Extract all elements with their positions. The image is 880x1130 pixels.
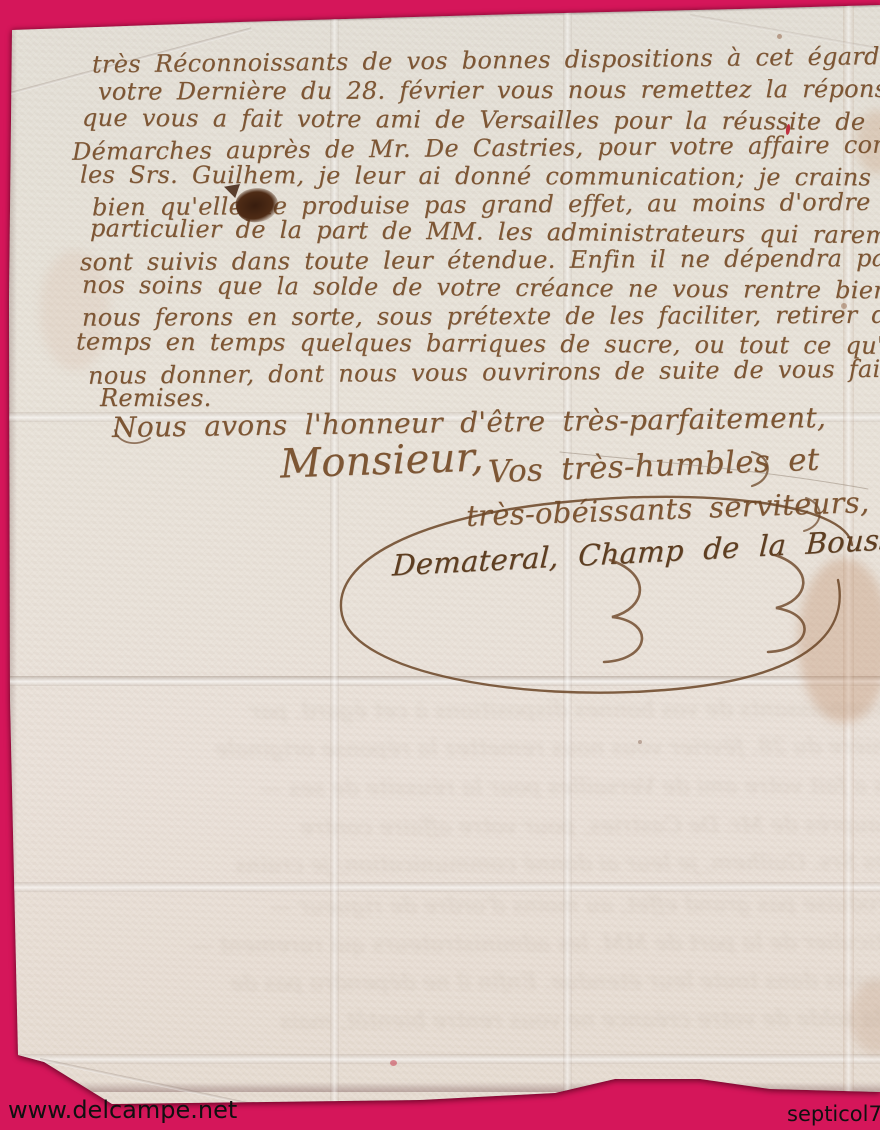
delcampe-watermark: www.delcampe.net: [8, 1096, 237, 1124]
photo-canvas: très Réconnoissants de vos bonnes dispos…: [0, 0, 880, 1130]
verso-showthrough-line: les Srs. Guilhem, je leur ai donné commu…: [235, 850, 880, 878]
salutation: Monsieur,: [279, 434, 484, 487]
verso-showthrough-line: nos soins que la solde de votre créance …: [280, 1006, 880, 1035]
verso-showthrough-line: votre Dernière du 28. février vous nous …: [215, 734, 880, 763]
manuscript-line: les Srs. Guilhem, je leur ai donné commu…: [80, 161, 871, 192]
verso-showthrough-line: particulier de la part de MM. les admini…: [190, 930, 880, 959]
paper-shadow: très Réconnoissants de vos bonnes dispos…: [0, 0, 880, 1130]
paper-bottom-edge: [0, 1082, 880, 1092]
verso-showthrough-line: que vous a fait votre ami de Versailles …: [260, 773, 880, 802]
manuscript-line: Remises.: [100, 384, 212, 412]
seller-watermark: septicol74: [787, 1102, 880, 1126]
verso-showthrough-line: bien qu'elle ne produise pas grand effet…: [270, 891, 880, 920]
verso-showthrough-line: Démarches auprès de Mr. De Castries, pou…: [300, 812, 880, 841]
verso-showthrough-line: sont suivis dans toute leur étendue. Enf…: [230, 968, 880, 997]
paper-left-edge: [8, 28, 17, 1104]
manuscript-line: nous ferons en sorte, sous prétexte de l…: [82, 300, 880, 331]
letter-paper: très Réconnoissants de vos bonnes dispos…: [0, 0, 880, 1130]
manuscript-line: votre Dernière du 28. février vous nous …: [98, 74, 880, 105]
verso-showthrough-line: très Réconnoissants de vos bonnes dispos…: [250, 696, 880, 725]
